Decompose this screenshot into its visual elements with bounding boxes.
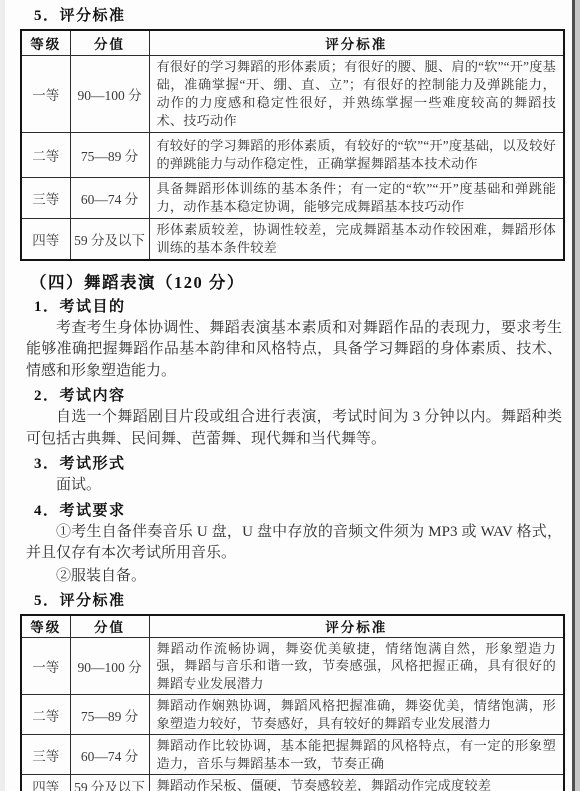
document-page: 5．评分标准 等级 分值 评分标准 一等 90—100 分 有很好的学习舞蹈的形… [0,0,580,791]
grade-cell: 三等 [21,735,70,775]
table-row: 三等 60—74 分 舞蹈动作比较协调，基本能把握舞蹈的风格特点，有一定的形象塑… [21,735,564,775]
column-header-criteria: 评分标准 [149,30,564,55]
table-row: 一等 90—100 分 有很好的学习舞蹈的形体素质；有很好的腰、腿、肩的“软”“… [21,55,564,132]
column-header-grade: 等级 [21,30,70,55]
score-cell: 60—74 分 [70,735,149,775]
score-cell: 59 分及以下 [70,775,149,791]
criteria-cell: 具备舞蹈形体训练的基本条件；有一定的“软”“开”度基础和弹跳能力，动作基本稳定协… [149,177,564,218]
criteria-cell: 形体素质较差，协调性较差，完成舞蹈基本动作较困难，舞蹈形体训练的基本条件较差 [149,218,564,260]
criteria-cell: 舞蹈动作呆板、僵硬，节奏感较差，舞蹈动作完成度较差 [149,775,564,791]
item-heading-exam-requirements: 4．考试要求 [34,501,580,521]
scoring-standard-heading-prev-section: 5．评分标准 [34,6,580,26]
table-header-row: 等级 分值 评分标准 [21,30,564,55]
grade-cell: 三等 [21,177,70,218]
paragraph-exam-content: 自选一个舞蹈剧目片段或组合进行表演，考试时间为 3 分钟以内。舞蹈种类可包括古典… [26,407,562,450]
grade-cell: 一等 [21,55,70,132]
table-row: 一等 90—100 分 舞蹈动作流畅协调，舞姿优美敏捷，情绪饱满自然，形象塑造力… [21,637,564,695]
paragraph-requirement-music: ①考生自备伴奏音乐 U 盘，U 盘中存放的音频文件须为 MP3 或 WAV 格式… [26,522,562,565]
criteria-cell: 舞蹈动作娴熟协调，舞蹈风格把握准确，舞姿优美，情绪饱满，形象塑造力较好，节奏感好… [149,695,564,735]
section-heading-dance-performance: （四）舞蹈表演（120 分） [30,272,580,293]
score-cell: 75—89 分 [70,132,149,177]
scoring-table-body-quality: 等级 分值 评分标准 一等 90—100 分 有很好的学习舞蹈的形体素质；有很好… [20,29,565,261]
grade-cell: 一等 [21,637,70,695]
item-heading-exam-content: 2．考试内容 [34,386,580,406]
paragraph-exam-purpose: 考查考生身体协调性、舞蹈表演基本素质和对舞蹈作品的表现力，要求考生能够准确把握舞… [26,318,562,383]
grade-cell: 四等 [21,218,70,260]
paragraph-requirement-costume: ②服装自备。 [26,566,562,588]
score-cell: 59 分及以下 [70,218,149,260]
score-cell: 75—89 分 [70,695,149,735]
table-header-row: 等级 分值 评分标准 [21,615,564,637]
table-row: 三等 60—74 分 具备舞蹈形体训练的基本条件；有一定的“软”“开”度基础和弹… [21,177,564,218]
item-heading-exam-format: 3．考试形式 [34,454,580,474]
table-row: 四等 59 分及以下 舞蹈动作呆板、僵硬，节奏感较差，舞蹈动作完成度较差 [21,775,564,791]
criteria-cell: 有很好的学习舞蹈的形体素质；有很好的腰、腿、肩的“软”“开”度基础，准确掌握“开… [149,55,564,132]
score-cell: 90—100 分 [70,637,149,695]
scan-edge-left [0,0,5,791]
column-header-score: 分值 [70,615,149,637]
scoring-table-dance-performance: 等级 分值 评分标准 一等 90—100 分 舞蹈动作流畅协调，舞姿优美敏捷，情… [20,614,565,791]
paragraph-exam-format: 面试。 [26,475,562,497]
score-cell: 60—74 分 [70,177,149,218]
criteria-cell: 舞蹈动作比较协调，基本能把握舞蹈的风格特点，有一定的形象塑造力，音乐与舞蹈基本一… [149,735,564,775]
column-header-criteria: 评分标准 [149,615,564,637]
item-heading-scoring-standard: 5．评分标准 [34,591,580,611]
table-row: 二等 75—89 分 舞蹈动作娴熟协调，舞蹈风格把握准确，舞姿优美，情绪饱满，形… [21,695,564,735]
table-row: 四等 59 分及以下 形体素质较差，协调性较差，完成舞蹈基本动作较困难，舞蹈形体… [21,218,564,260]
column-header-grade: 等级 [21,615,70,637]
criteria-cell: 舞蹈动作流畅协调，舞姿优美敏捷，情绪饱满自然，形象塑造力强，舞蹈与音乐和谐一致，… [149,637,564,695]
criteria-cell: 有较好的学习舞蹈的形体素质，有较好的“软”“开”度基础，以及较好的弹跳能力与动作… [149,132,564,177]
scan-edge-right-line [572,0,575,791]
grade-cell: 四等 [21,775,70,791]
table-row: 二等 75—89 分 有较好的学习舞蹈的形体素质，有较好的“软”“开”度基础，以… [21,132,564,177]
grade-cell: 二等 [21,132,70,177]
column-header-score: 分值 [70,30,149,55]
grade-cell: 二等 [21,695,70,735]
score-cell: 90—100 分 [70,55,149,132]
item-heading-exam-purpose: 1．考试目的 [34,297,580,317]
